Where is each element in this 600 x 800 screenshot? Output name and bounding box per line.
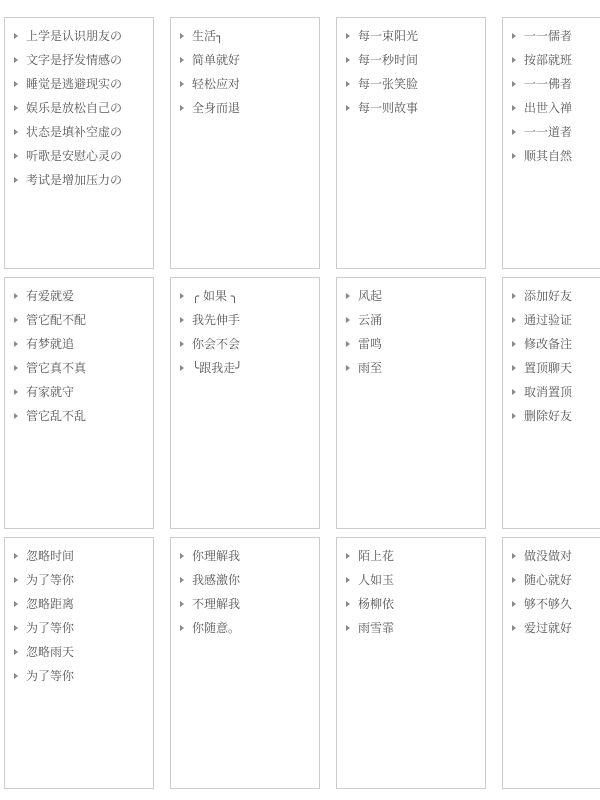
list-item[interactable]: 为了等你: [14, 568, 153, 592]
list-item-text[interactable]: 为了等你: [26, 664, 74, 688]
text-card: 添加好友通过验证修改备注置顶聊天取消置顶删除好友: [502, 277, 600, 529]
list-item[interactable]: 添加好友: [512, 284, 600, 308]
list-item[interactable]: 顺其自然: [512, 144, 600, 168]
list-item-text[interactable]: 为了等你: [26, 616, 74, 640]
triangle-bullet-icon: [14, 317, 18, 323]
list-item[interactable]: 杨柳依: [346, 592, 485, 616]
list-item-text[interactable]: 有梦就追: [26, 332, 74, 356]
triangle-bullet-icon: [346, 601, 350, 607]
list-item-text[interactable]: 人如玉: [358, 568, 394, 592]
list-item-text[interactable]: 删除好友: [524, 404, 572, 428]
list-item[interactable]: 轻松应对: [180, 72, 319, 96]
list-item-text[interactable]: 不理解我: [192, 592, 240, 616]
triangle-bullet-icon: [512, 153, 516, 159]
list-item[interactable]: 娱乐是放松自己の: [14, 96, 153, 120]
list-item-text[interactable]: 爱过就好: [524, 616, 572, 640]
text-card: 风起云涌雷鸣雨至: [336, 277, 486, 529]
list-item[interactable]: 按部就班: [512, 48, 600, 72]
triangle-bullet-icon: [14, 33, 18, 39]
list-item-text[interactable]: 按部就班: [524, 48, 572, 72]
card-item-list: 你理解我我感激你不理解我你随意。: [171, 538, 319, 640]
triangle-bullet-icon: [180, 625, 184, 631]
triangle-bullet-icon: [512, 129, 516, 135]
card-item-list: 有爱就爱管它配不配有梦就追管它真不真有家就守管它乱不乱: [5, 278, 153, 428]
list-item-text[interactable]: 风起: [358, 284, 382, 308]
list-item[interactable]: 风起: [346, 284, 485, 308]
list-item-text[interactable]: 杨柳依: [358, 592, 394, 616]
list-item[interactable]: 管它乱不乱: [14, 404, 153, 428]
list-item-text[interactable]: 做没做对: [524, 544, 572, 568]
list-item-text[interactable]: 管它乱不乱: [26, 404, 86, 428]
list-item[interactable]: 我感激你: [180, 568, 319, 592]
list-item-text[interactable]: 每一则故事: [358, 96, 418, 120]
list-item[interactable]: 管它配不配: [14, 308, 153, 332]
list-item-text[interactable]: 忽略距离: [26, 592, 74, 616]
list-item-text[interactable]: 添加好友: [524, 284, 572, 308]
triangle-bullet-icon: [512, 413, 516, 419]
card-item-list: 每一束阳光每一秒时间每一张笑脸每一则故事: [337, 18, 485, 120]
list-item[interactable]: ╰跟我走╯: [180, 356, 319, 380]
list-item-text[interactable]: 睡觉是逃避现实の: [26, 72, 122, 96]
triangle-bullet-icon: [512, 293, 516, 299]
card-item-list: 添加好友通过验证修改备注置顶聊天取消置顶删除好友: [503, 278, 600, 428]
list-item-text[interactable]: 雨雪霏: [358, 616, 394, 640]
list-item-text[interactable]: 为了等你: [26, 568, 74, 592]
triangle-bullet-icon: [512, 577, 516, 583]
list-item[interactable]: 你会不会: [180, 332, 319, 356]
triangle-bullet-icon: [346, 57, 350, 63]
list-item-text[interactable]: 雨至: [358, 356, 382, 380]
text-card: 你理解我我感激你不理解我你随意。: [170, 537, 320, 789]
list-item[interactable]: 上学是认识朋友の: [14, 24, 153, 48]
card-item-list: 陌上花人如玉杨柳依雨雪霏: [337, 538, 485, 640]
list-item[interactable]: 修改备注: [512, 332, 600, 356]
list-item-text[interactable]: ╰跟我走╯: [192, 356, 242, 380]
list-item-text[interactable]: 置顶聊天: [524, 356, 572, 380]
list-item[interactable]: 删除好友: [512, 404, 600, 428]
list-item[interactable]: 置顶聊天: [512, 356, 600, 380]
triangle-bullet-icon: [512, 341, 516, 347]
list-item[interactable]: 睡觉是逃避现实の: [14, 72, 153, 96]
list-item[interactable]: 每一则故事: [346, 96, 485, 120]
triangle-bullet-icon: [346, 81, 350, 87]
list-item-text[interactable]: 忽略时间: [26, 544, 74, 568]
list-item-text[interactable]: 出世入禅: [524, 96, 572, 120]
triangle-bullet-icon: [180, 105, 184, 111]
list-item[interactable]: 做没做对: [512, 544, 600, 568]
list-item-text[interactable]: 取消置顶: [524, 380, 572, 404]
list-item[interactable]: 全身而退: [180, 96, 319, 120]
triangle-bullet-icon: [14, 673, 18, 679]
triangle-bullet-icon: [346, 105, 350, 111]
list-item-text[interactable]: 有家就守: [26, 380, 74, 404]
card-item-list: 风起云涌雷鸣雨至: [337, 278, 485, 380]
list-item[interactable]: 出世入禅: [512, 96, 600, 120]
list-item-text[interactable]: 有爱就爱: [26, 284, 74, 308]
list-item-text[interactable]: 状态是填补空虚の: [26, 120, 122, 144]
list-item-text[interactable]: 顺其自然: [524, 144, 572, 168]
triangle-bullet-icon: [346, 553, 350, 559]
triangle-bullet-icon: [14, 105, 18, 111]
text-card: 忽略时间为了等你忽略距离为了等你忽略雨天为了等你: [4, 537, 154, 789]
triangle-bullet-icon: [346, 341, 350, 347]
list-item-text[interactable]: 我先伸手: [192, 308, 240, 332]
triangle-bullet-icon: [512, 625, 516, 631]
triangle-bullet-icon: [14, 413, 18, 419]
list-item-text[interactable]: 通过验证: [524, 308, 572, 332]
text-card: 每一束阳光每一秒时间每一张笑脸每一则故事: [336, 17, 486, 269]
list-item-text[interactable]: 一一佛者: [524, 72, 572, 96]
list-item[interactable]: 够不够久: [512, 592, 600, 616]
list-item[interactable]: 管它真不真: [14, 356, 153, 380]
list-item-text[interactable]: 雷鸣: [358, 332, 382, 356]
triangle-bullet-icon: [512, 553, 516, 559]
triangle-bullet-icon: [180, 293, 184, 299]
list-item[interactable]: 每一张笑脸: [346, 72, 485, 96]
list-item[interactable]: 文字是抒发情感の: [14, 48, 153, 72]
triangle-bullet-icon: [346, 625, 350, 631]
text-card: 有爱就爱管它配不配有梦就追管它真不真有家就守管它乱不乱: [4, 277, 154, 529]
list-item-text[interactable]: 随心就好: [524, 568, 572, 592]
list-item[interactable]: 我先伸手: [180, 308, 319, 332]
list-item[interactable]: 为了等你: [14, 616, 153, 640]
list-item-text[interactable]: 够不够久: [524, 592, 572, 616]
list-item[interactable]: 雨雪霏: [346, 616, 485, 640]
list-item[interactable]: 取消置顶: [512, 380, 600, 404]
list-item-text[interactable]: 每一张笑脸: [358, 72, 418, 96]
list-item-text[interactable]: 轻松应对: [192, 72, 240, 96]
text-card: 做没做对随心就好够不够久爱过就好: [502, 537, 600, 789]
list-item[interactable]: 忽略时间: [14, 544, 153, 568]
list-item-text[interactable]: 管它真不真: [26, 356, 86, 380]
list-item[interactable]: 每一秒时间: [346, 48, 485, 72]
triangle-bullet-icon: [512, 57, 516, 63]
triangle-bullet-icon: [14, 153, 18, 159]
triangle-bullet-icon: [14, 365, 18, 371]
list-item-text[interactable]: 文字是抒发情感の: [26, 48, 122, 72]
list-item[interactable]: 一一佛者: [512, 72, 600, 96]
triangle-bullet-icon: [180, 57, 184, 63]
list-item[interactable]: 忽略雨天: [14, 640, 153, 664]
list-item-text[interactable]: 你理解我: [192, 544, 240, 568]
list-item[interactable]: 简单就好: [180, 48, 319, 72]
list-item-text[interactable]: 生活┐: [192, 24, 223, 48]
triangle-bullet-icon: [14, 389, 18, 395]
triangle-bullet-icon: [512, 81, 516, 87]
list-item[interactable]: 有梦就追: [14, 332, 153, 356]
list-item-text[interactable]: 听歌是安慰心灵の: [26, 144, 122, 168]
list-item[interactable]: ╭ 如果 ╮: [180, 284, 319, 308]
card-item-list: 忽略时间为了等你忽略距离为了等你忽略雨天为了等你: [5, 538, 153, 688]
triangle-bullet-icon: [14, 601, 18, 607]
list-item[interactable]: 为了等你: [14, 664, 153, 688]
list-item[interactable]: 一一道者: [512, 120, 600, 144]
list-item[interactable]: 不理解我: [180, 592, 319, 616]
list-item[interactable]: 每一束阳光: [346, 24, 485, 48]
triangle-bullet-icon: [180, 365, 184, 371]
list-item[interactable]: 一一儒者: [512, 24, 600, 48]
list-item[interactable]: 忽略距离: [14, 592, 153, 616]
list-item-text[interactable]: 修改备注: [524, 332, 572, 356]
list-item-text[interactable]: 一一道者: [524, 120, 572, 144]
card-item-list: 生活┐简单就好轻松应对全身而退: [171, 18, 319, 120]
triangle-bullet-icon: [14, 625, 18, 631]
triangle-bullet-icon: [180, 317, 184, 323]
card-item-list: ╭ 如果 ╮ 我先伸手 你会不会╰跟我走╯: [171, 278, 319, 380]
list-item[interactable]: 你随意。: [180, 616, 319, 640]
list-item[interactable]: 云涌: [346, 308, 485, 332]
list-item-text[interactable]: 你随意。: [192, 616, 240, 640]
list-item[interactable]: 爱过就好: [512, 616, 600, 640]
triangle-bullet-icon: [346, 577, 350, 583]
triangle-bullet-icon: [14, 57, 18, 63]
list-item[interactable]: 雨至: [346, 356, 485, 380]
list-item[interactable]: 陌上花: [346, 544, 485, 568]
triangle-bullet-icon: [512, 317, 516, 323]
triangle-bullet-icon: [14, 81, 18, 87]
triangle-bullet-icon: [180, 553, 184, 559]
triangle-bullet-icon: [14, 129, 18, 135]
card-item-list: 上学是认识朋友の文字是抒发情感の睡觉是逃避现实の娱乐是放松自己の状态是填补空虚の…: [5, 18, 153, 192]
list-item[interactable]: 人如玉: [346, 568, 485, 592]
list-item-text[interactable]: 简单就好: [192, 48, 240, 72]
list-item[interactable]: 生活┐: [180, 24, 319, 48]
list-item[interactable]: 雷鸣: [346, 332, 485, 356]
list-item-text[interactable]: 上学是认识朋友の: [26, 24, 122, 48]
list-item[interactable]: 你理解我: [180, 544, 319, 568]
triangle-bullet-icon: [14, 177, 18, 183]
triangle-bullet-icon: [14, 293, 18, 299]
list-item[interactable]: 考试是增加压力の: [14, 168, 153, 192]
list-item-text[interactable]: 考试是增加压力の: [26, 168, 122, 192]
triangle-bullet-icon: [14, 649, 18, 655]
list-item-text[interactable]: ╭ 如果 ╮: [192, 284, 238, 308]
triangle-bullet-icon: [14, 577, 18, 583]
triangle-bullet-icon: [512, 105, 516, 111]
triangle-bullet-icon: [512, 601, 516, 607]
triangle-bullet-icon: [180, 81, 184, 87]
text-card: ╭ 如果 ╮ 我先伸手 你会不会╰跟我走╯: [170, 277, 320, 529]
text-card: 上学是认识朋友の文字是抒发情感の睡觉是逃避现实の娱乐是放松自己の状态是填补空虚の…: [4, 17, 154, 269]
list-item-text[interactable]: 你会不会: [192, 332, 240, 356]
list-item-text[interactable]: 云涌: [358, 308, 382, 332]
card-item-list: 一一儒者按部就班一一佛者出世入禅一一道者顺其自然: [503, 18, 600, 168]
list-item[interactable]: 通过验证: [512, 308, 600, 332]
list-item-text[interactable]: 陌上花: [358, 544, 394, 568]
list-item-text[interactable]: 每一秒时间: [358, 48, 418, 72]
triangle-bullet-icon: [512, 389, 516, 395]
triangle-bullet-icon: [14, 341, 18, 347]
list-item-text[interactable]: 管它配不配: [26, 308, 86, 332]
triangle-bullet-icon: [346, 33, 350, 39]
list-item-text[interactable]: 忽略雨天: [26, 640, 74, 664]
list-item[interactable]: 有家就守: [14, 380, 153, 404]
text-card: 一一儒者按部就班一一佛者出世入禅一一道者顺其自然: [502, 17, 600, 269]
text-card: 陌上花人如玉杨柳依雨雪霏: [336, 537, 486, 789]
list-item-text[interactable]: 一一儒者: [524, 24, 572, 48]
list-item[interactable]: 状态是填补空虚の: [14, 120, 153, 144]
list-item-text[interactable]: 每一束阳光: [358, 24, 418, 48]
list-item[interactable]: 听歌是安慰心灵の: [14, 144, 153, 168]
card-item-list: 做没做对随心就好够不够久爱过就好: [503, 538, 600, 640]
triangle-bullet-icon: [346, 317, 350, 323]
list-item-text[interactable]: 我感激你: [192, 568, 240, 592]
triangle-bullet-icon: [512, 365, 516, 371]
triangle-bullet-icon: [14, 553, 18, 559]
list-item-text[interactable]: 全身而退: [192, 96, 240, 120]
list-item[interactable]: 有爱就爱: [14, 284, 153, 308]
triangle-bullet-icon: [180, 341, 184, 347]
triangle-bullet-icon: [346, 293, 350, 299]
triangle-bullet-icon: [180, 33, 184, 39]
list-item-text[interactable]: 娱乐是放松自己の: [26, 96, 122, 120]
triangle-bullet-icon: [346, 365, 350, 371]
list-item[interactable]: 随心就好: [512, 568, 600, 592]
triangle-bullet-icon: [512, 33, 516, 39]
text-card: 生活┐简单就好轻松应对全身而退: [170, 17, 320, 269]
triangle-bullet-icon: [180, 601, 184, 607]
triangle-bullet-icon: [180, 577, 184, 583]
